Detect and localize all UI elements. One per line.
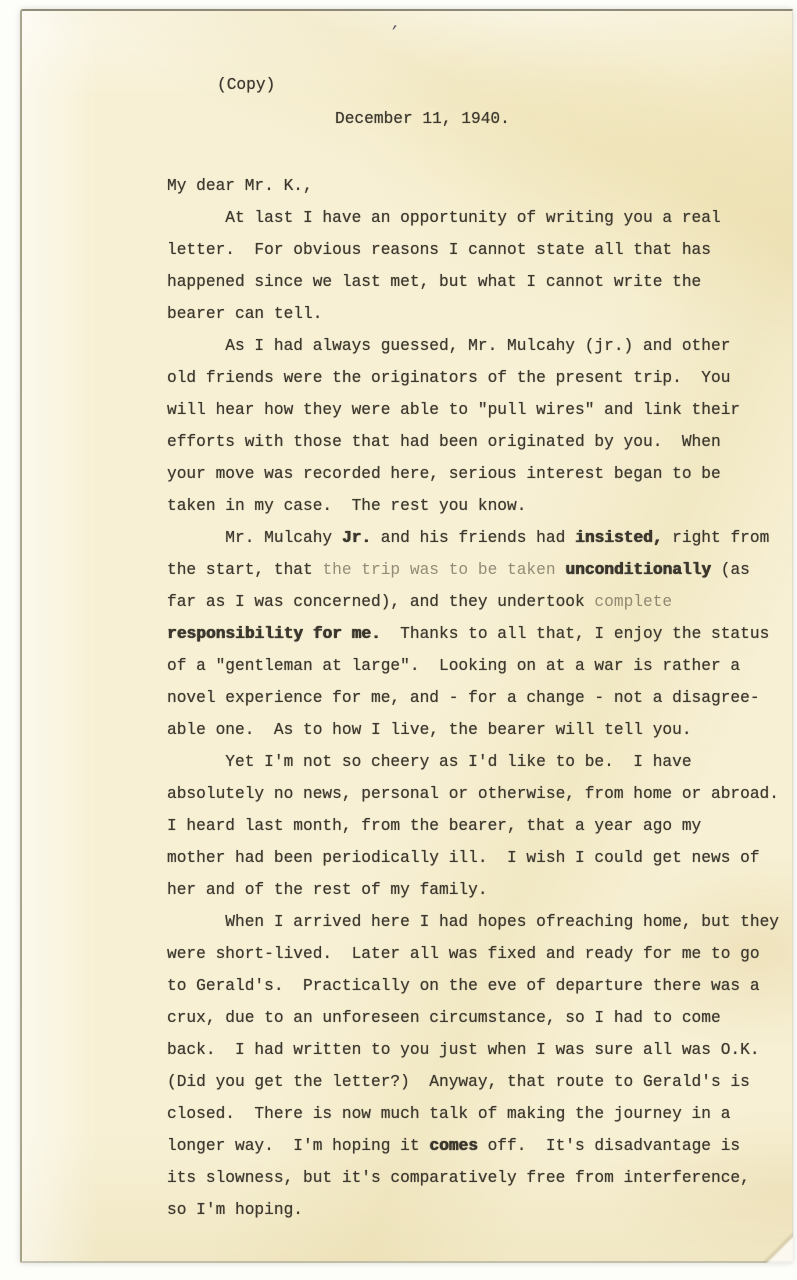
typewritten-text: As I had always guessed, Mr. Mulcahy (jr…	[167, 337, 730, 355]
typewritten-text: to Gerald's. Practically on the eve of d…	[167, 977, 760, 995]
typewritten-text: your move was recorded here, serious int…	[167, 465, 721, 483]
typewritten-text: will hear how they were able to "pull wi…	[167, 401, 740, 419]
letter-line: Mr. Mulcahy Jr. and his friends had insi…	[167, 522, 779, 554]
typewritten-text: far as I was concerned), and they undert…	[167, 593, 594, 611]
typewritten-text: Thanks to all that, I enjoy the status	[381, 625, 770, 643]
letter-line: longer way. I'm hoping it comes off. It'…	[167, 1130, 779, 1162]
stray-pen-mark: ’	[387, 23, 399, 42]
typewritten-text: old friends were the originators of the …	[167, 369, 730, 387]
letter-line: your move was recorded here, serious int…	[167, 458, 779, 490]
letter-line: When I arrived here I had hopes ofreachi…	[167, 906, 779, 938]
letter-line: far as I was concerned), and they undert…	[167, 586, 779, 618]
faded-text: complete	[594, 593, 672, 611]
typewritten-text: I heard last month, from the bearer, tha…	[167, 817, 701, 835]
typewritten-text: When I arrived here I had hopes of	[167, 913, 556, 931]
letter-line: were short-lived. Later all was fixed an…	[167, 938, 779, 970]
typewritten-text	[556, 561, 566, 579]
letter-line: (Did you get the letter?) Anyway, that r…	[167, 1066, 779, 1098]
typewritten-text: its slowness, but it's comparatively fre…	[167, 1169, 750, 1187]
typewritten-text: of a "gentleman at large". Looking on at…	[167, 657, 740, 675]
letter-body: My dear Mr. K., At last I have an opport…	[167, 170, 779, 1226]
typewritten-text: (as	[711, 561, 750, 579]
letter-line: so I'm hoping.	[167, 1194, 779, 1226]
letter-line: closed. There is now much talk of making…	[167, 1098, 779, 1130]
overstruck-text: responsibility for me.	[167, 625, 381, 643]
typewritten-text: Mr. Mulcahy	[167, 529, 342, 547]
letter-line: the start, that the trip was to be taken…	[167, 554, 779, 586]
overstruck-text: insisted,	[575, 529, 662, 547]
letter-line: happened since we last met, but what I c…	[167, 266, 779, 298]
letter-line: As I had always guessed, Mr. Mulcahy (jr…	[167, 330, 779, 362]
typewritten-text: able one. As to how I live, the bearer w…	[167, 721, 692, 739]
letter-line: absolutely no news, personal or otherwis…	[167, 778, 779, 810]
letter-line: I heard last month, from the bearer, tha…	[167, 810, 779, 842]
letter-line: efforts with those that had been origina…	[167, 426, 779, 458]
salutation: My dear Mr. K.,	[167, 170, 779, 202]
typewritten-text: closed. There is now much talk of making…	[167, 1105, 730, 1123]
typewritten-text: crux, due to an unforeseen circumstance,…	[167, 1009, 721, 1027]
letter-line: able one. As to how I live, the bearer w…	[167, 714, 779, 746]
typewritten-text: reaching home, but they	[556, 913, 779, 931]
typewritten-text: novel experience for me, and - for a cha…	[167, 689, 760, 707]
typewritten-text: back. I had written to you just when I w…	[167, 1041, 760, 1059]
overstruck-text: comes	[429, 1137, 478, 1155]
typewritten-text: letter. For obvious reasons I cannot sta…	[167, 241, 711, 259]
letter-line: taken in my case. The rest you know.	[167, 490, 779, 522]
typewritten-text: Yet I'm not so cheery as I'd like to be.…	[167, 753, 692, 771]
typewritten-text: were short-lived. Later all was fixed an…	[167, 945, 760, 963]
letter-line: responsibility for me. Thanks to all tha…	[167, 618, 779, 650]
scan-background: ’ (Copy) December 11, 1940. My dear Mr. …	[0, 0, 797, 1280]
letter-line: bearer can tell.	[167, 298, 779, 330]
typewritten-text: taken in my case. The rest you know.	[167, 497, 526, 515]
letter-line: mother had been periodically ill. I wish…	[167, 842, 779, 874]
faded-text: the trip was to be taken	[322, 561, 555, 579]
letter-line: crux, due to an unforeseen circumstance,…	[167, 1002, 779, 1034]
letter-line: novel experience for me, and - for a cha…	[167, 682, 779, 714]
typewritten-text: the start, that	[167, 561, 322, 579]
typewritten-text: efforts with those that had been origina…	[167, 433, 721, 451]
typewritten-text: off. It's disadvantage is	[478, 1137, 740, 1155]
letter-line: of a "gentleman at large". Looking on at…	[167, 650, 779, 682]
letter-line: will hear how they were able to "pull wi…	[167, 394, 779, 426]
letter-line: old friends were the originators of the …	[167, 362, 779, 394]
typewritten-text: bearer can tell.	[167, 305, 322, 323]
copy-label: (Copy)	[217, 76, 275, 95]
letter-line: to Gerald's. Practically on the eve of d…	[167, 970, 779, 1002]
letter-line: letter. For obvious reasons I cannot sta…	[167, 234, 779, 266]
letter-line: At last I have an opportunity of writing…	[167, 202, 779, 234]
overstruck-text: Jr.	[342, 529, 371, 547]
overstruck-text: unconditionally	[565, 561, 711, 579]
letter-date: December 11, 1940.	[335, 110, 510, 129]
letter-text-layer: ’ (Copy) December 11, 1940. My dear Mr. …	[0, 0, 797, 1280]
typewritten-text: so I'm hoping.	[167, 1201, 303, 1219]
letter-line: its slowness, but it's comparatively fre…	[167, 1162, 779, 1194]
typewritten-text: At last I have an opportunity of writing…	[167, 209, 721, 227]
typewritten-text: absolutely no news, personal or otherwis…	[167, 785, 779, 803]
letter-line: Yet I'm not so cheery as I'd like to be.…	[167, 746, 779, 778]
typewritten-text: longer way. I'm hoping it	[167, 1137, 429, 1155]
letter-line: her and of the rest of my family.	[167, 874, 779, 906]
typewritten-text: (Did you get the letter?) Anyway, that r…	[167, 1073, 750, 1091]
typewritten-text: mother had been periodically ill. I wish…	[167, 849, 760, 867]
typewritten-text: happened since we last met, but what I c…	[167, 273, 701, 291]
typewritten-text: and his friends had	[371, 529, 575, 547]
letter-line: back. I had written to you just when I w…	[167, 1034, 779, 1066]
typewritten-text: right from	[662, 529, 769, 547]
typewritten-text: her and of the rest of my family.	[167, 881, 488, 899]
